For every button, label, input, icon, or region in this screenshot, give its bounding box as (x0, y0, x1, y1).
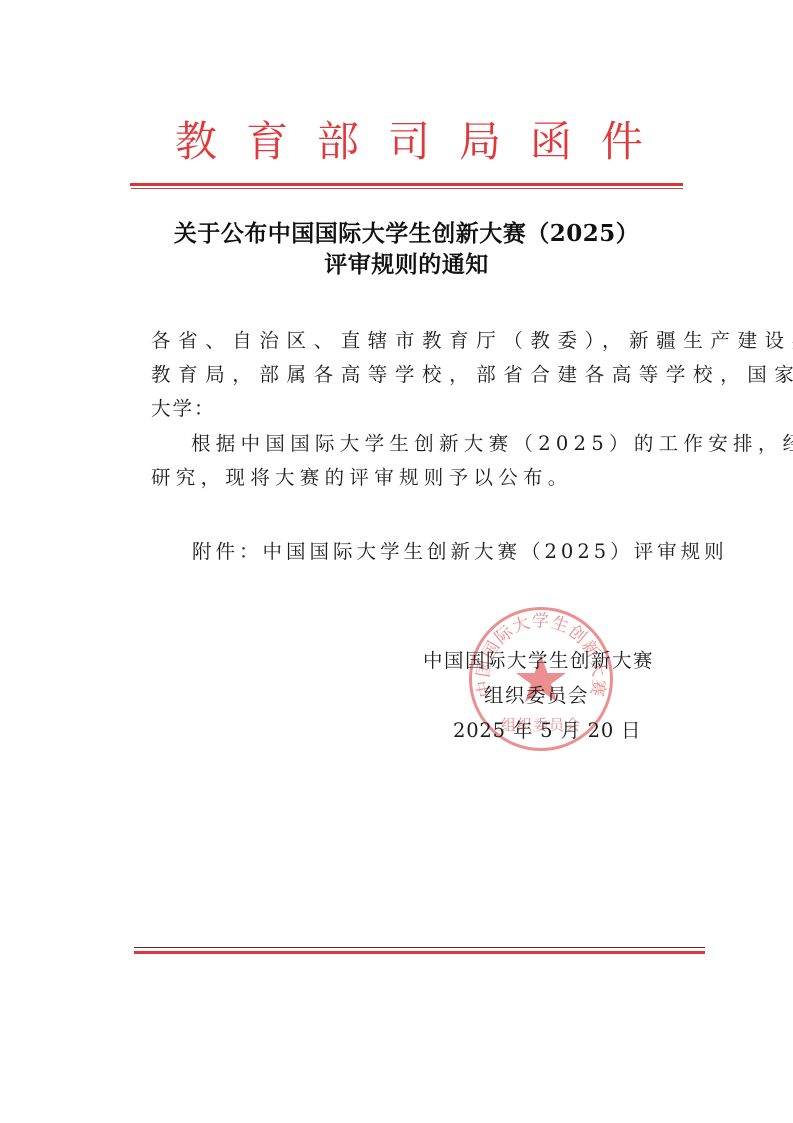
letterhead-char: 育 (246, 118, 288, 166)
letterhead-rule-thick (130, 183, 683, 186)
body-paragraph-line-1: 根据中国国际大学生创新大赛（2025）的工作安排，经 (191, 427, 793, 461)
footer-rule-thin (134, 947, 705, 948)
letterhead-char: 司 (388, 118, 430, 166)
letterhead-char: 部 (317, 118, 359, 166)
letterhead-title: 教 育 部 司 局 函 件 (130, 116, 683, 168)
letterhead-char: 局 (459, 118, 501, 166)
addressee-line-1: 各省、自治区、直辖市教育厅（教委），新疆生产建设兵团 (151, 324, 793, 358)
letterhead-char: 函 (530, 118, 572, 166)
signature-organization: 中国国际大学生创新大赛 (423, 644, 654, 678)
attachment-line: 附件：中国国际大学生创新大赛（2025）评审规则 (192, 535, 728, 569)
document-title-line-2: 评审规则的通知 (120, 249, 693, 281)
document-title-line-1: 关于公布中国国际大学生创新大赛（2025） (120, 218, 693, 250)
letterhead-char: 教 (175, 118, 217, 166)
letterhead-rule-thin (131, 188, 683, 189)
signature-date: 2025 年 5 月 20 日 (453, 714, 641, 748)
signature-committee: 组织委员会 (484, 679, 589, 713)
addressee-line-3: 大学： (151, 392, 216, 426)
letterhead-char: 件 (601, 118, 643, 166)
body-paragraph-line-2: 研究，现将大赛的评审规则予以公布。 (151, 461, 573, 495)
footer-rule-thick (134, 951, 705, 954)
addressee-line-2: 教育局，部属各高等学校，部省合建各高等学校，国家开放 (151, 358, 793, 392)
